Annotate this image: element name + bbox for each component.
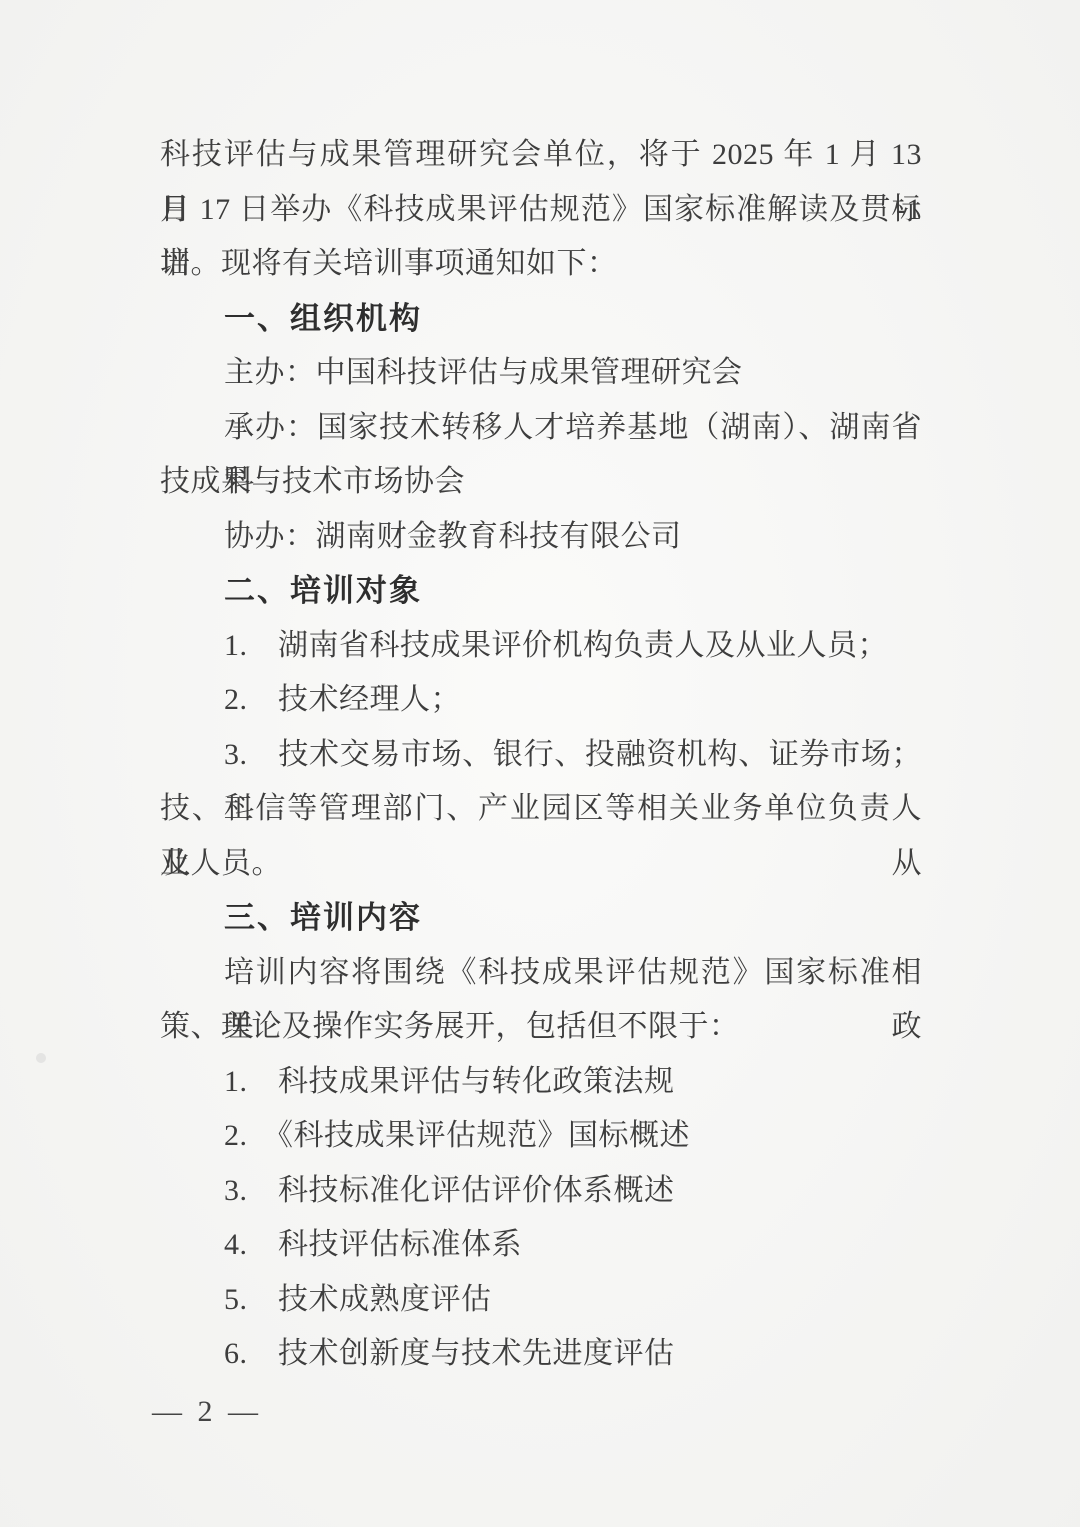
organizer-undertaker-line-1: 承办：国家技术转移人才培养基地（湖南）、湖南省科 [160, 401, 922, 456]
content-list-item-2: 2. 《科技成果评估规范》国标概述 [160, 1109, 922, 1164]
section-heading-organization: 一、组织机构 [160, 292, 922, 347]
content-list-item-1: 1. 科技成果评估与转化政策法规 [160, 1055, 922, 1110]
audience-list-item-2: 2. 技术经理人； [160, 673, 922, 728]
audience-list-item-3-line-1: 3. 技术交易市场、银行、投融资机构、证券市场；科 [160, 728, 922, 783]
scanned-document-page: 科技评估与成果管理研究会单位，将于 2025 年 1 月 13 日-1 月 17… [0, 0, 1080, 1527]
content-list-item-3: 3. 科技标准化评估评价体系概述 [160, 1164, 922, 1219]
organizer-coorganizer-line: 协办：湖南财金教育科技有限公司 [160, 510, 922, 565]
intro-paragraph-line-3: 训。现将有关培训事项通知如下： [160, 237, 922, 292]
audience-list-item-3-line-2: 技、工信等管理部门、产业园区等相关业务单位负责人及从 [160, 782, 922, 837]
content-paragraph-line-1: 培训内容将围绕《科技成果评估规范》国家标准相关政 [160, 946, 922, 1001]
section-heading-content: 三、培训内容 [160, 891, 922, 946]
content-list-item-5: 5. 技术成熟度评估 [160, 1273, 922, 1328]
intro-paragraph-line-1: 科技评估与成果管理研究会单位，将于 2025 年 1 月 13 日-1 [160, 128, 922, 183]
intro-paragraph-line-2: 月 17 日举办《科技成果评估规范》国家标准解读及贯标培 [160, 183, 922, 238]
organizer-undertaker-line-2: 技成果与技术市场协会 [160, 455, 922, 510]
page-number: — 2 — [152, 1392, 262, 1432]
audience-list-item-1: 1. 湖南省科技成果评价机构负责人及从业人员； [160, 619, 922, 674]
content-list-item-4: 4. 科技评估标准体系 [160, 1218, 922, 1273]
organizer-host-line: 主办：中国科技评估与成果管理研究会 [160, 346, 922, 401]
scan-artifact [36, 1053, 46, 1063]
section-heading-audience: 二、培训对象 [160, 564, 922, 619]
document-body: 科技评估与成果管理研究会单位，将于 2025 年 1 月 13 日-1 月 17… [160, 128, 922, 1382]
content-list-item-6: 6. 技术创新度与技术先进度评估 [160, 1327, 922, 1382]
